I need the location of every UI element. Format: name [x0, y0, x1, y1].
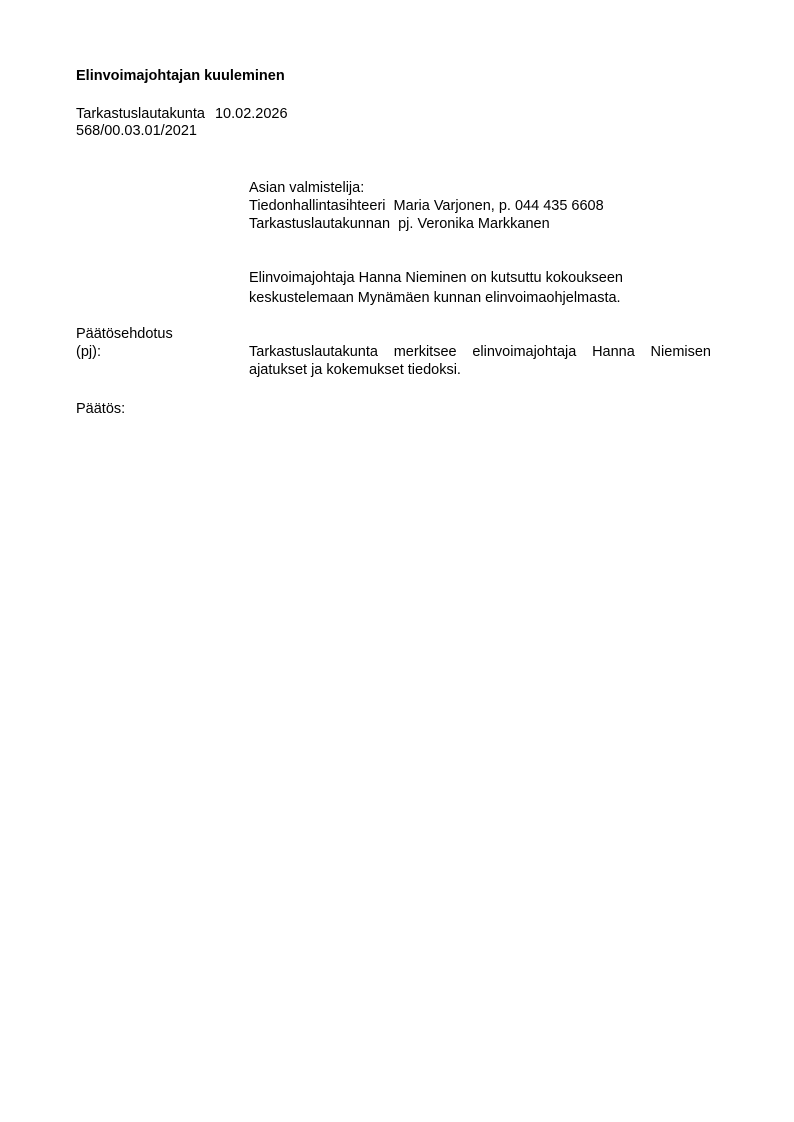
- meeting-info: Tarkastuslautakunta10.02.2026: [76, 106, 288, 123]
- document-title: Elinvoimajohtajan kuuleminen: [76, 68, 285, 85]
- proposal-text: Tarkastuslautakunta merkitsee elinvoimaj…: [249, 344, 711, 380]
- body-line: keskustelemaan Mynämäen kunnan elinvoima…: [249, 290, 623, 310]
- proposal-label: Päätösehdotus (pj):: [76, 326, 173, 362]
- reference-number: 568/00.03.01/2021: [76, 123, 197, 140]
- proposal-label-line: (pj):: [76, 344, 173, 362]
- preparers-heading: Asian valmistelija:: [249, 180, 604, 198]
- preparer-line: Tiedonhallintasihteeri Maria Varjonen, p…: [249, 198, 604, 216]
- meeting-date: 10.02.2026: [215, 106, 288, 122]
- proposal-line: Tarkastuslautakunta merkitsee elinvoimaj…: [249, 344, 711, 362]
- preparers-section: Asian valmistelija: Tiedonhallintasihtee…: [249, 180, 604, 234]
- body-line: Elinvoimajohtaja Hanna Nieminen on kutsu…: [249, 270, 623, 290]
- proposal-label-line: Päätösehdotus: [76, 326, 173, 344]
- body-paragraph: Elinvoimajohtaja Hanna Nieminen on kutsu…: [249, 270, 623, 310]
- committee-name: Tarkastuslautakunta: [76, 106, 205, 122]
- preparer-line: Tarkastuslautakunnan pj. Veronika Markka…: [249, 216, 604, 234]
- proposal-line: ajatukset ja kokemukset tiedoksi.: [249, 362, 711, 380]
- decision-label: Päätös:: [76, 401, 125, 418]
